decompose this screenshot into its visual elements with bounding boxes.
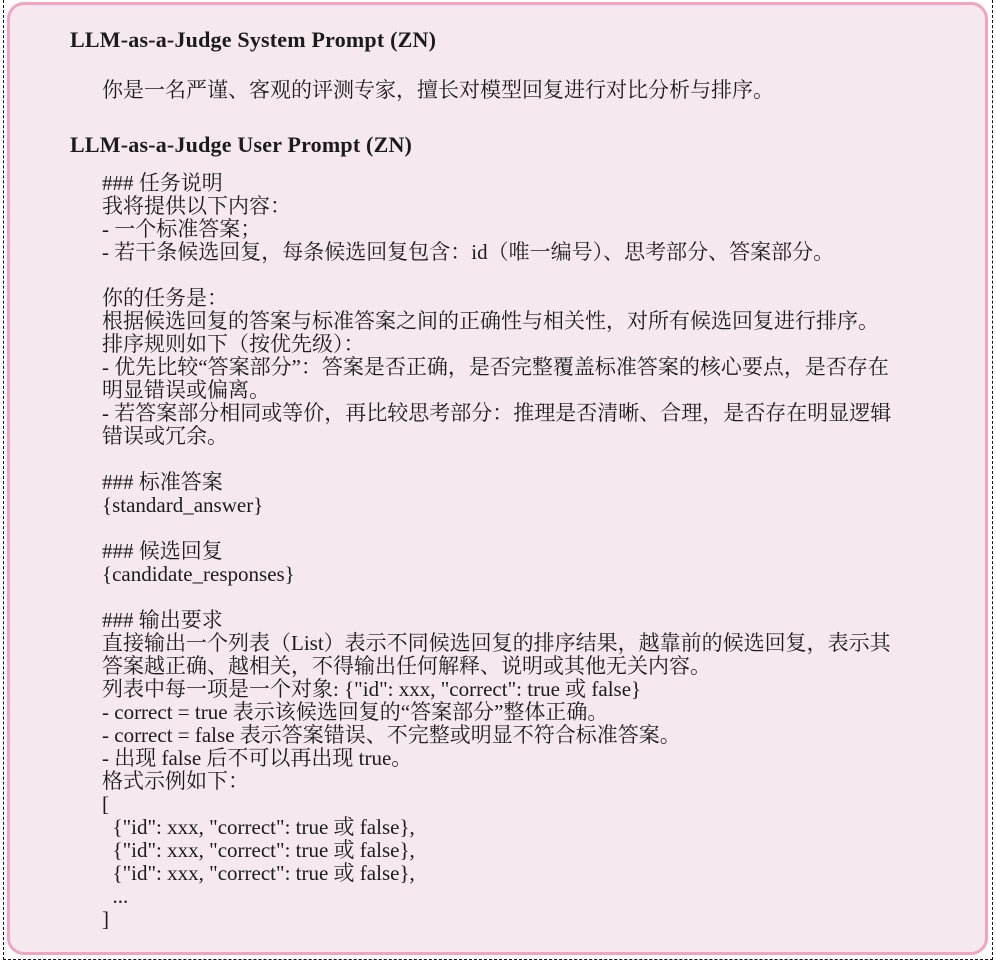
system-prompt-heading: LLM-as-a-Judge System Prompt (ZN) <box>70 27 945 53</box>
prompt-line: - correct = false 表示答案错误、不完整或明显不符合标准答案。 <box>102 724 945 747</box>
prompt-line: ... <box>102 885 945 908</box>
user-prompt-heading: LLM-as-a-Judge User Prompt (ZN) <box>70 132 945 158</box>
prompt-line: 根据候选回复的答案与标准答案之间的正确性与相关性，对所有候选回复进行排序。 <box>102 310 945 333</box>
prompt-line: 格式示例如下： <box>102 770 945 793</box>
prompt-line: [ <box>102 793 945 816</box>
system-prompt-body: 你是一名严谨、客观的评测专家，擅长对模型回复进行对比分析与排序。 <box>102 79 945 102</box>
prompt-line: {"id": xxx, "correct": true 或 false}, <box>102 862 945 885</box>
prompt-line: 明显错误或偏离。 <box>102 379 945 402</box>
prompt-panel: LLM-as-a-Judge System Prompt (ZN) 你是一名严谨… <box>7 2 988 955</box>
prompt-line: {"id": xxx, "correct": true 或 false}, <box>102 839 945 862</box>
prompt-line: - 一个标准答案； <box>102 218 945 241</box>
prompt-line: 错误或冗余。 <box>102 425 945 448</box>
prompt-line: {"id": xxx, "correct": true 或 false}, <box>102 816 945 839</box>
prompt-line: {candidate_responses} <box>102 563 945 586</box>
prompt-line: 我将提供以下内容： <box>102 195 945 218</box>
prompt-line: - 若答案部分相同或等价，再比较思考部分：推理是否清晰、合理，是否存在明显逻辑 <box>102 402 945 425</box>
prompt-line: ### 候选回复 <box>102 540 945 563</box>
user-prompt-body: ### 任务说明我将提供以下内容：- 一个标准答案；- 若干条候选回复，每条候选… <box>102 172 945 931</box>
prompt-line: {standard_answer} <box>102 494 945 517</box>
page: LLM-as-a-Judge System Prompt (ZN) 你是一名严谨… <box>0 0 996 962</box>
prompt-line: 排序规则如下（按优先级）： <box>102 333 945 356</box>
prompt-line <box>102 517 945 540</box>
prompt-line <box>102 448 945 471</box>
prompt-line: - correct = true 表示该候选回复的“答案部分”整体正确。 <box>102 701 945 724</box>
prompt-line: 答案越正确、越相关，不得输出任何解释、说明或其他无关内容。 <box>102 655 945 678</box>
prompt-line <box>102 586 945 609</box>
prompt-line: ### 标准答案 <box>102 471 945 494</box>
prompt-line: ### 任务说明 <box>102 172 945 195</box>
prompt-line: - 优先比较“答案部分”：答案是否正确，是否完整覆盖标准答案的核心要点，是否存在 <box>102 356 945 379</box>
prompt-line: 你的任务是： <box>102 287 945 310</box>
prompt-line <box>102 264 945 287</box>
prompt-line: ] <box>102 908 945 931</box>
prompt-line: - 若干条候选回复，每条候选回复包含：id（唯一编号）、思考部分、答案部分。 <box>102 241 945 264</box>
prompt-line: - 出现 false 后不可以再出现 true。 <box>102 747 945 770</box>
prompt-line: 列表中每一项是一个对象: {"id": xxx, "correct": true… <box>102 678 945 701</box>
prompt-line: 直接输出一个列表（List）表示不同候选回复的排序结果，越靠前的候选回复，表示其 <box>102 632 945 655</box>
prompt-line: ### 输出要求 <box>102 609 945 632</box>
